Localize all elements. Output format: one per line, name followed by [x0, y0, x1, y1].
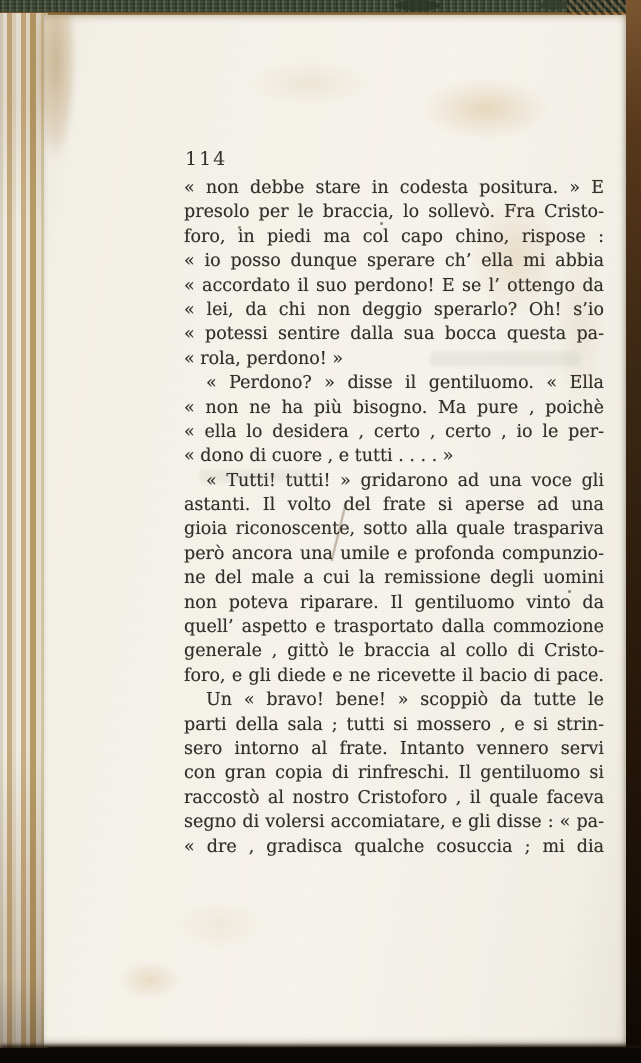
text-block: « non debbe stare in codesta positura. »… — [184, 176, 604, 859]
text-line: segno di volersi accomiatare, e gli diss… — [184, 810, 604, 834]
text-line: « dre , gradisca qualche cosuccia ; mi d… — [184, 835, 604, 859]
text-line: « io posso dunque sperare ch’ ella mi ab… — [184, 249, 604, 273]
text-line: con gran copia di rinfreschi. Il gentilu… — [184, 761, 604, 785]
cloth-shadow — [395, 0, 441, 11]
cloth-shadow — [540, 0, 570, 10]
text-line: non poteva riparare. Il gentiluomo vinto… — [184, 591, 604, 615]
text-line: parti della sala ; tutti si mossero , e … — [184, 713, 604, 737]
text-line: « non ne ha più bisogno. Ma pure , poich… — [184, 396, 604, 420]
text-line: Un « bravo! bene! » scoppiò da tutte le — [184, 688, 604, 712]
text-line: « Tutti! tutti! » gridarono ad una voce … — [184, 469, 604, 493]
text-line: ne del male a cui la remissione degli uo… — [184, 566, 604, 590]
text-line: « lei, da chi non deggio sperarlo? Oh! s… — [184, 298, 604, 322]
text-line: astanti. Il volto del frate si aperse ad… — [184, 493, 604, 517]
text-line: sero intorno al frate. Intanto vennero s… — [184, 737, 604, 761]
text-line: generale , gittò le braccia al collo di … — [184, 639, 604, 663]
page-number: 114 — [185, 148, 227, 170]
text-line: « Perdono? » disse il gentiluomo. « Ella — [184, 371, 604, 395]
text-line: quell’ aspetto e trasportato dalla commo… — [184, 615, 604, 639]
text-line: « rola, perdono! » — [184, 347, 604, 371]
text-line: « dono di cuore , e tutti . . . . » — [184, 444, 604, 468]
right-fore-edge — [626, 0, 641, 1063]
text-line: foro, e gli diede e ne ricevette il baci… — [184, 664, 604, 688]
bottom-dark-strip — [0, 1048, 641, 1063]
book-scan: 114 « non debbe stare in codesta positur… — [0, 0, 641, 1063]
gutter-crease — [36, 14, 80, 274]
text-line: « potessi sentire dalla sua bocca questa… — [184, 322, 604, 346]
text-line: « non debbe stare in codesta positura. »… — [184, 176, 604, 200]
text-line: foro, in piedi ma col capo chino, rispos… — [184, 225, 604, 249]
text-line: però ancora una umile e profonda compunz… — [184, 542, 604, 566]
text-line: raccostò al nostro Cristoforo , il quale… — [184, 786, 604, 810]
text-line: « ella lo desidera , certo , certo , io … — [184, 420, 604, 444]
text-line: « accordato il suo perdono! E se l’ otte… — [184, 274, 604, 298]
text-line: presolo per le braccia, lo sollevò. Fra … — [184, 200, 604, 224]
text-line: gioia riconoscente, sotto alla quale tra… — [184, 517, 604, 541]
